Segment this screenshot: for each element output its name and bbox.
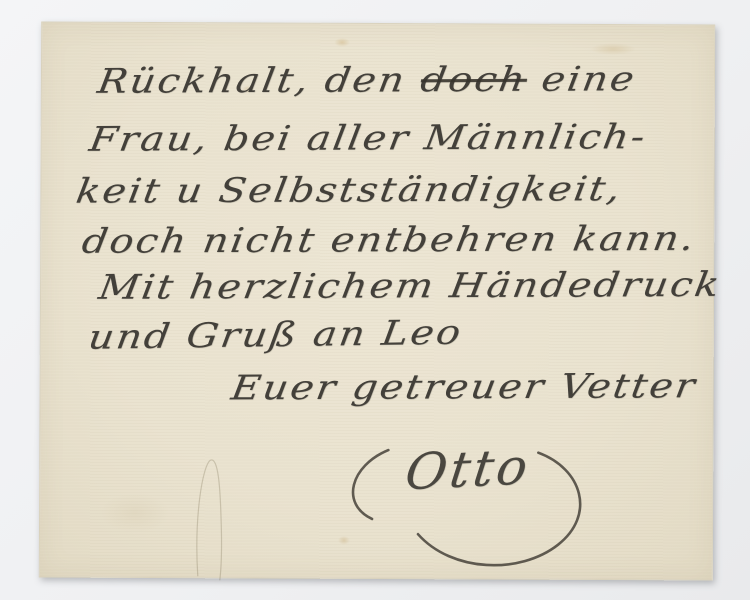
closing-line: Euer getreuer Vetter bbox=[229, 366, 700, 408]
paper-stain bbox=[590, 43, 636, 55]
handwriting-line-4: doch nicht entbehren kann. bbox=[79, 219, 699, 262]
scan-background: Rückhalt, den doch eine Frau, bei aller … bbox=[0, 0, 750, 600]
handwriting-line-2: Frau, bei aller Männlich- bbox=[87, 117, 650, 160]
handwriting-line-1: Rückhalt, den doch eine bbox=[95, 59, 639, 101]
letter-card: Rückhalt, den doch eine Frau, bei aller … bbox=[39, 22, 715, 581]
line-text: Rückhalt, den bbox=[95, 60, 424, 101]
handwriting-line-6: und Gruß an Leo bbox=[86, 313, 466, 358]
line-text: eine bbox=[524, 59, 639, 99]
signature-block: Otto bbox=[310, 422, 621, 588]
struck-word: doch bbox=[418, 60, 530, 100]
pencil-mark bbox=[180, 448, 251, 583]
paper-stain bbox=[334, 38, 350, 47]
signature: Otto bbox=[402, 437, 534, 501]
handwriting-line-5: Mit herzlichem Händedruck bbox=[96, 265, 724, 308]
paper-stain bbox=[100, 493, 170, 533]
handwriting-line-3: keit u Selbstständigkeit, bbox=[73, 169, 625, 212]
